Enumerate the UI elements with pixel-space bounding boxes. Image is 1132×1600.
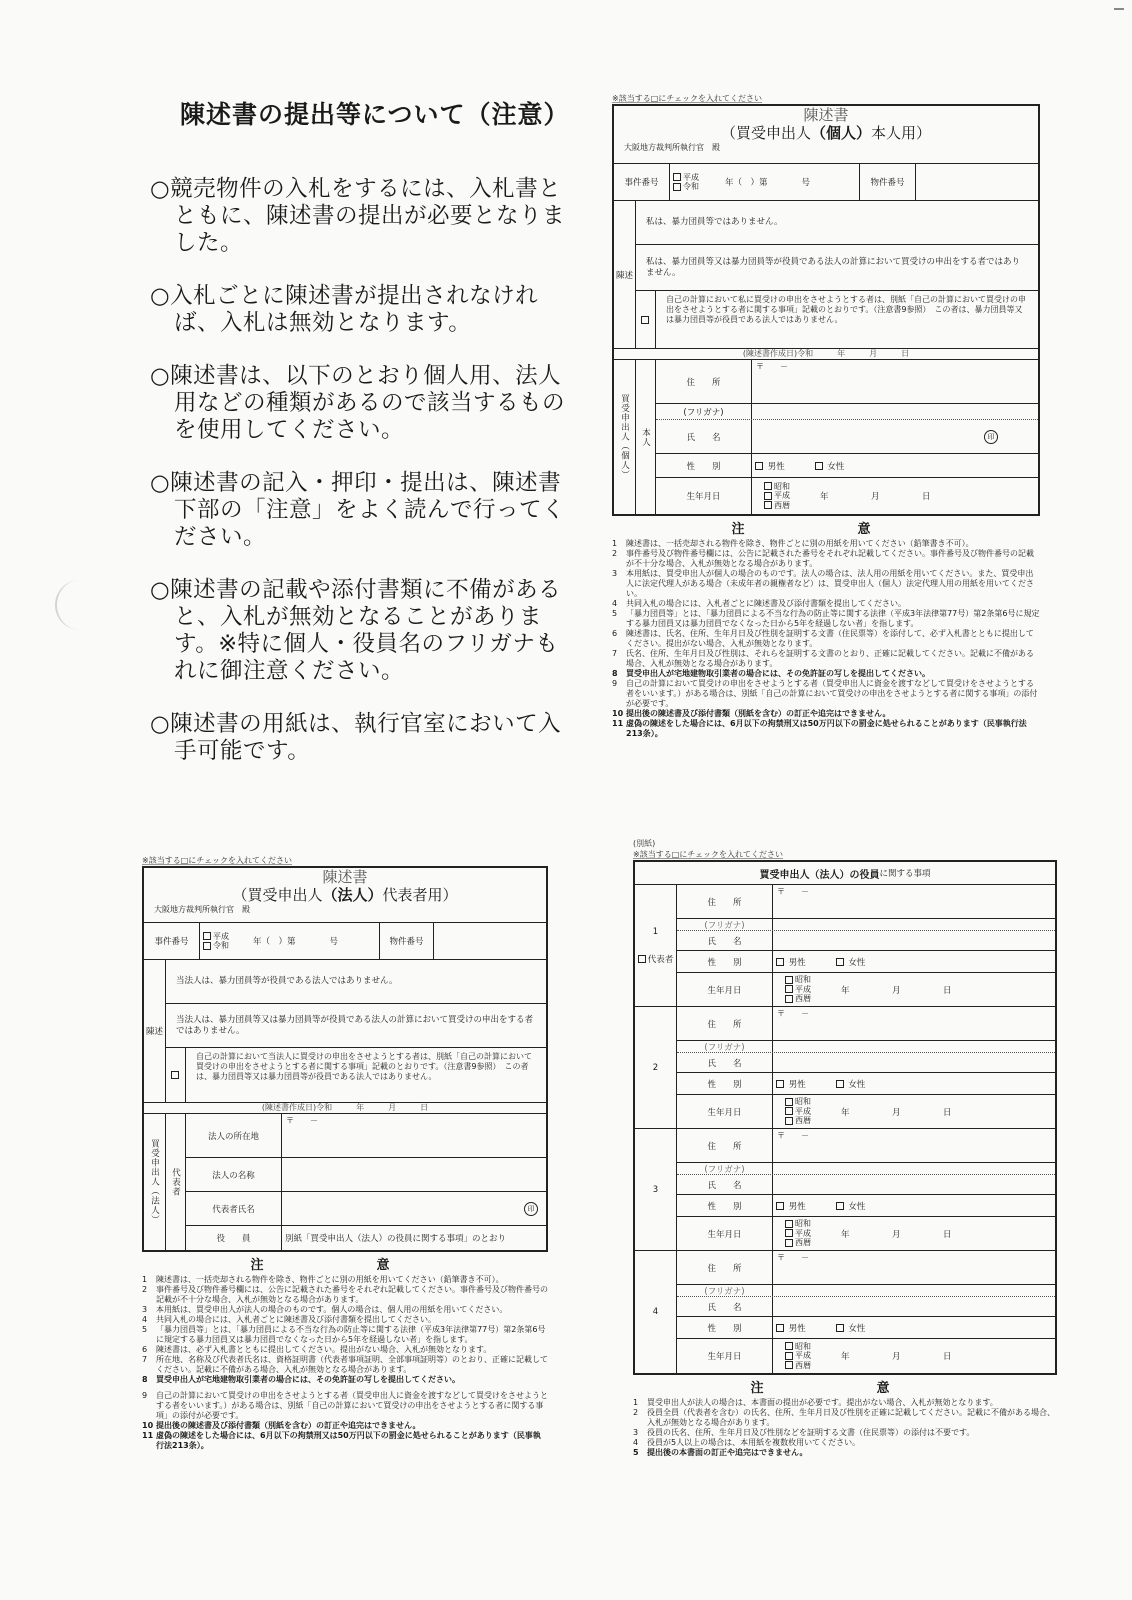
dob-era-options: 昭和平成西暦 (785, 1219, 811, 1248)
postal-mark: 〒 － (756, 361, 788, 372)
property-number-field[interactable] (434, 923, 546, 959)
checkbox[interactable] (776, 1080, 784, 1088)
caution-text: 氏名、住所、生年月日及び性別は、それらを証明する文書のとおり、正確に記載してくだ… (626, 649, 1040, 669)
notice-item: ○入札ごとに陳述書が提出されなければ、入札は無効となります。 (150, 283, 570, 337)
female-option[interactable]: 女性 (815, 460, 845, 472)
caution-text: 買受申出人が宅地建物取引業者の場合には、その免許証の写しを提出してください。 (156, 1375, 548, 1385)
corp-name-row: 法人の名称 (186, 1158, 546, 1192)
dob-label: 生年月日 (677, 1217, 773, 1250)
checkbox[interactable] (785, 1098, 793, 1106)
era-showa-option[interactable]: 昭和 (785, 1219, 811, 1229)
statement-text: 当法人は、暴力団員等又は暴力団員等が役員である法人の計算において買受けの申出をす… (166, 1004, 546, 1047)
checkbox[interactable] (673, 173, 681, 181)
gender-field: 男性 女性 (752, 454, 1038, 477)
caution-item: 5「暴力団員等」とは、「暴力団員による不当な行為の防止等に関する法律（平成3年法… (142, 1325, 548, 1345)
era-label: 平成 (795, 985, 811, 994)
address-field[interactable]: 〒 － (773, 1251, 1055, 1284)
case-format: 年（ ）第 号 (725, 176, 810, 188)
title-rest: に関する事項 (879, 867, 930, 879)
checkbox[interactable] (785, 1352, 793, 1360)
checkbox[interactable] (638, 955, 646, 963)
caution-text: 陳述書は、氏名、住所、生年月日及び性別を証明する文書（住民票等）を添付して、必ず… (626, 629, 1040, 649)
applicant-label-text: 買受申出人（個人） (619, 394, 631, 480)
statement-text: 自己の計算において当法人に買受けの申出をさせようとする者は、別紙「自己の計算にお… (186, 1048, 546, 1102)
officer-fields: 住 所〒 － (フリガナ) 氏 名 性 別 男性 女性 生年月日昭和平成西暦年 … (677, 1129, 1055, 1250)
caution-text: 本用紙は、買受申出人が個人の場合のものです。法人の場合は、法人用の用紙を用いてく… (626, 569, 1040, 599)
dob-label: 生年月日 (677, 1339, 773, 1373)
name-label: 氏 名 (677, 1175, 773, 1194)
address-label: 住 所 (677, 1129, 773, 1162)
caution-item: 5提出後の本書面の訂正や追完はできません。 (633, 1448, 1057, 1458)
officer-attachment-form: (別紙) ※該当する□にチェックを入れてください 買受申出人（法人）の役員に関す… (633, 838, 1057, 1458)
checkbox[interactable] (203, 932, 211, 940)
case-number-label: 事件番号 (144, 923, 200, 959)
address-field[interactable]: 〒 － (773, 1129, 1055, 1162)
caution-item: 3役員の氏名、住所、生年月日及び性別などを証明する文書（住民票等）の添付は不要で… (633, 1428, 1057, 1438)
caution-item: 6陳述書は、必ず入札書とともに提出してください。提出がない場合、入札が無効となり… (142, 1345, 548, 1355)
dob-era-options: 昭和平成西暦 (785, 975, 811, 1004)
caution-number: 3 (612, 569, 626, 599)
era-western-option[interactable]: 西暦 (785, 994, 811, 1004)
era-heisei-option[interactable]: 平成 (203, 932, 229, 942)
name-field[interactable] (773, 1053, 1055, 1072)
caution-number: 4 (633, 1438, 647, 1448)
caution-list: 1買受申出人が法人の場合は、本書面の提出が必要です。提出がない場合、入札が無効と… (633, 1398, 1057, 1458)
caution-number: 11 (142, 1431, 156, 1451)
male-label: 男性 (768, 462, 785, 472)
era-western-option[interactable]: 西暦 (785, 1361, 811, 1371)
caution-text: 「暴力団員等」とは、「暴力団員による不当な行為の防止等に関する法律（平成3年法律… (626, 609, 1040, 629)
caution-item: 6陳述書は、氏名、住所、生年月日及び性別を証明する文書（住民票等）を添付して、必… (612, 629, 1040, 649)
caution-number: 9 (142, 1391, 156, 1421)
case-format: 年（ ）第 号 (253, 935, 338, 947)
check-instruction: ※該当する□にチェックを入れてください (612, 93, 1040, 104)
creation-date-bar[interactable]: (陳述書作成日)令和 年 月 日 (614, 349, 1038, 360)
era-western-option[interactable]: 西暦 (785, 1238, 811, 1248)
address-label: 住 所 (677, 885, 773, 918)
era-heisei-option[interactable]: 平成 (785, 985, 811, 995)
checkbox[interactable] (764, 501, 772, 509)
checkbox[interactable] (764, 482, 772, 490)
gender-label: 性 別 (677, 1073, 773, 1094)
postal-mark: 〒 － (286, 1115, 318, 1126)
statement-rows: 当法人は、暴力団員等が役員である法人ではありません。 当法人は、暴力団員等又は暴… (166, 960, 546, 1102)
statement-section: 陳述 当法人は、暴力団員等が役員である法人ではありません。 当法人は、暴力団員等… (144, 960, 546, 1103)
gender-label: 性 別 (677, 951, 773, 972)
name-field[interactable] (773, 1297, 1055, 1316)
location-field[interactable]: 〒 － (282, 1114, 546, 1157)
checkbox[interactable] (785, 1342, 793, 1350)
checkbox[interactable] (785, 995, 793, 1003)
case-number-field[interactable]: 平成 令和 年（ ）第 号 (670, 164, 860, 200)
caution-item: 7氏名、住所、生年月日及び性別は、それらを証明する文書のとおり、正確に記載してく… (612, 649, 1040, 669)
statement-section: 陳述 私は、暴力団員等ではありません。 私は、暴力団員等又は暴力団員等が役員であ… (614, 201, 1038, 349)
caution-text: 虚偽の陳述をした場合には、6月以下の拘禁刑又は50万円以下の罰金に処せられること… (156, 1431, 548, 1451)
scan-mark (1114, 8, 1124, 10)
female-option[interactable]: 女性 (836, 1200, 866, 1212)
form-frame: 陳述書 （買受申出人（個人）本人用） 大阪地方裁判所執行官 殿 事件番号 平成 … (612, 104, 1040, 516)
caution-number: 8 (612, 669, 626, 679)
officer-number: 3 (653, 1185, 658, 1195)
statement-text: 自己の計算において私に買受けの申出をさせようとする者は、別紙「自己の計算において… (656, 291, 1038, 348)
court-addressee: 大阪地方裁判所執行官 殿 (144, 904, 546, 916)
checkbox[interactable] (776, 1324, 784, 1332)
dob-row: 生年月日 昭和 平成 西暦 年 月 日 (656, 478, 1038, 514)
location-row: 法人の所在地 〒 － (186, 1114, 546, 1158)
caution-text: 所在地、名称及び代表者氏名は、資格証明書（代表者事項証明、全部事項証明等）のとお… (156, 1355, 548, 1375)
era-label: 平成 (795, 1229, 811, 1238)
rep-check-option[interactable]: 代表者 (638, 955, 674, 965)
caution-text: 買受申出人が宅地建物取引業者の場合には、その免許証の写しを提出してください。 (626, 669, 1040, 679)
caution-item: 8買受申出人が宅地建物取引業者の場合には、その免許証の写しを提出してください。 (142, 1375, 548, 1385)
caution-number: 10 (612, 709, 626, 719)
statement-checkbox-cell[interactable] (166, 1048, 186, 1102)
court-addressee: 大阪地方裁判所執行官 殿 (614, 142, 1038, 154)
officer-block-3: 3 住 所〒 － (フリガナ) 氏 名 性 別 男性 女性 生年月日昭和平成西暦… (635, 1129, 1055, 1251)
era-heisei-option[interactable]: 平成 (785, 1229, 811, 1239)
checkbox[interactable] (836, 1080, 844, 1088)
era-label: 西暦 (795, 1116, 811, 1125)
name-label: 氏 名 (677, 1297, 773, 1316)
statement-text: 私は、暴力団員等ではありません。 (636, 201, 1038, 244)
dob-field[interactable]: 昭和平成西暦年 月 日 (773, 1095, 1055, 1128)
address-label: 住 所 (677, 1007, 773, 1040)
female-option[interactable]: 女性 (836, 956, 866, 968)
furigana-field[interactable] (773, 1163, 1055, 1174)
furigana-field[interactable] (773, 1041, 1055, 1052)
statement-text: 当法人は、暴力団員等が役員である法人ではありません。 (166, 960, 546, 1003)
subtitle-post: 本人用） (871, 124, 931, 142)
female-label: 女性 (848, 1324, 865, 1334)
property-number-field[interactable] (916, 164, 1038, 200)
era-showa-option[interactable]: 昭和 (785, 1097, 811, 1107)
checkbox[interactable] (171, 1071, 179, 1079)
era-label: 平成 (683, 173, 699, 182)
caution-text: 提出後の陳述書及び添付書類（別紙を含む）の訂正や追完はできません。 (626, 709, 1040, 719)
statement-row-optional: 自己の計算において私に買受けの申出をさせようとする者は、別紙「自己の計算において… (636, 291, 1038, 348)
checkbox[interactable] (785, 1239, 793, 1247)
notice-item: ○陳述書の記入・押印・提出は、陳述書下部の「注意」をよく読んで行ってください。 (150, 470, 570, 551)
caution-item: 7所在地、名称及び代表者氏名は、資格証明書（代表者事項証明、全部事項証明等）のと… (142, 1355, 548, 1375)
gender-label: 性 別 (677, 1195, 773, 1216)
subtitle-post: 代表者用） (383, 886, 458, 904)
era-label: 西暦 (795, 994, 811, 1003)
officer-number-cell: 3 (635, 1129, 677, 1250)
dob-field[interactable]: 昭和平成西暦年 月 日 (773, 1339, 1055, 1373)
caution-text: 共同入札の場合には、入札者ごとに陳述書及び添付書類を提出してください。 (156, 1315, 548, 1325)
furigana-label: (フリガナ) (677, 1041, 773, 1052)
officer-fields: 住 所〒 － (フリガナ) 氏 名 性 別 男性 女性 生年月日昭和平成西暦年 … (677, 1251, 1055, 1373)
applicant-fields: 住 所 〒 － (フリガナ) 氏 名 印 性 別 男性 女性 (656, 360, 1038, 514)
era-heisei-option[interactable]: 平成 (785, 1107, 811, 1117)
applicant-label: 買受申出人（個人） (614, 360, 636, 514)
case-number-field[interactable]: 平成 令和 年（ ）第 号 (200, 923, 380, 959)
caution-item: 10提出後の陳述書及び添付書類（別紙を含む）の訂正や追完はできません。 (612, 709, 1040, 719)
caution-number: 1 (612, 539, 626, 549)
caution-item: 2事件番号及び物件番号欄には、公告に記載された番号をそれぞれ記載してください。事… (142, 1285, 548, 1305)
caution-item: 3本用紙は、買受申出人が法人の場合のものです。個人の場合は、個人用の用紙を用いて… (142, 1305, 548, 1315)
applicant-fields: 法人の所在地 〒 － 法人の名称 代表者氏名 印 役 員 別紙「買受申出人（法人… (186, 1114, 546, 1250)
male-label: 男性 (789, 1080, 806, 1090)
address-label: 住 所 (656, 360, 752, 403)
form-frame: 買受申出人（法人）の役員に関する事項 1 代表者 住 所〒 － (フリガナ) 氏… (633, 860, 1057, 1375)
era-showa-option[interactable]: 昭和 (785, 975, 811, 985)
individual-statement-form: ※該当する□にチェックを入れてください 陳述書 （買受申出人（個人）本人用） 大… (612, 93, 1040, 739)
dob-era-options: 昭和平成西暦 (785, 1342, 811, 1371)
era-reiwa-option[interactable]: 令和 (673, 182, 699, 192)
caution-item: 1買受申出人が法人の場合は、本書面の提出が必要です。提出がない場合、入札が無効と… (633, 1398, 1057, 1408)
statement-rows: 私は、暴力団員等ではありません。 私は、暴力団員等又は暴力団員等が役員である法人… (636, 201, 1038, 348)
creation-date-bar[interactable]: (陳述書作成日)令和 年 月 日 (144, 1103, 546, 1114)
applicant-section: 買受申出人（法人） 代表者 法人の所在地 〒 － 法人の名称 代表者氏名 印 役… (144, 1114, 546, 1250)
subtitle-pre: （買受申出人 (721, 124, 811, 142)
checkbox[interactable] (785, 1229, 793, 1237)
caution-number: 8 (142, 1375, 156, 1385)
officer-number: 2 (653, 1063, 658, 1073)
checkbox[interactable] (776, 1202, 784, 1210)
era-western-option[interactable]: 西暦 (764, 501, 790, 511)
dob-field[interactable]: 昭和平成西暦年 月 日 (773, 1217, 1055, 1250)
furigana-field[interactable] (773, 919, 1055, 930)
form-subtitle: （買受申出人（個人）本人用） (614, 124, 1038, 142)
caution-number: 11 (612, 719, 626, 739)
case-number-row: 事件番号 平成 令和 年（ ）第 号 物件番号 (144, 923, 546, 960)
form-frame: 陳述書 （買受申出人（法人）代表者用） 大阪地方裁判所執行官 殿 事件番号 平成… (142, 866, 548, 1252)
property-number-label: 物件番号 (380, 923, 434, 959)
officer-row: 役 員 別紙「買受申出人（法人）の役員に関する事項」のとおり (186, 1226, 546, 1250)
address-field[interactable]: 〒 － (773, 885, 1055, 918)
male-option[interactable]: 男性 (776, 956, 806, 968)
postal-mark: 〒 － (777, 886, 809, 897)
check-instruction: ※該当する□にチェックを入れてください (142, 855, 548, 866)
female-option[interactable]: 女性 (836, 1322, 866, 1334)
notice-item: ○陳述書は、以下のとおり個人用、法人用などの種類があるので該当するものを使用して… (150, 363, 570, 444)
male-option[interactable]: 男性 (776, 1322, 806, 1334)
caution-title: 注 意 (142, 1254, 548, 1273)
era-heisei-option[interactable]: 平成 (785, 1351, 811, 1361)
era-label: 西暦 (795, 1238, 811, 1247)
caution-number: 1 (633, 1398, 647, 1408)
checkbox[interactable] (785, 976, 793, 984)
caution-number: 5 (633, 1448, 647, 1458)
rep-name-row: 代表者氏名 印 (186, 1192, 546, 1226)
era-label: 西暦 (795, 1361, 811, 1370)
checkbox[interactable] (836, 1202, 844, 1210)
male-label: 男性 (789, 1324, 806, 1334)
dob-format: 年 月 日 (841, 1350, 952, 1362)
caution-number: 2 (142, 1285, 156, 1305)
caution-item: 5「暴力団員等」とは、「暴力団員による不当な行為の防止等に関する法律（平成3年法… (612, 609, 1040, 629)
title-bold: 買受申出人（法人）の役員 (759, 866, 879, 881)
era-label: 令和 (213, 941, 229, 950)
caution-item: 2役員全員（代表者を含む）の氏名、住所、生年月日及び性別を正確に記載してください… (633, 1408, 1057, 1428)
checkbox[interactable] (785, 1117, 793, 1125)
location-label: 法人の所在地 (186, 1114, 282, 1157)
checkbox[interactable] (785, 985, 793, 993)
checkbox[interactable] (785, 1107, 793, 1115)
attachment-label: (別紙) (633, 838, 1057, 849)
corporate-statement-form: ※該当する□にチェックを入れてください 陳述書 （買受申出人（法人）代表者用） … (142, 855, 548, 1451)
name-field[interactable] (773, 1175, 1055, 1194)
statement-row-optional: 自己の計算において当法人に買受けの申出をさせようとする者は、別紙「自己の計算にお… (166, 1048, 546, 1102)
dob-field[interactable]: 昭和平成西暦年 月 日 (773, 973, 1055, 1006)
caution-title: 注 意 (633, 1377, 1057, 1396)
self-label: 本人 (636, 360, 656, 514)
dob-label: 生年月日 (677, 973, 773, 1006)
corp-name-field[interactable] (282, 1158, 546, 1191)
female-label: 女性 (827, 462, 844, 472)
era-label: 昭和 (795, 975, 811, 984)
name-field[interactable] (773, 931, 1055, 950)
address-row: 住 所 〒 － (656, 360, 1038, 404)
caution-item: 4共同入札の場合には、入札者ごとに陳述書及び添付書類を提出してください。 (142, 1315, 548, 1325)
era-label: 昭和 (795, 1219, 811, 1228)
era-label: 昭和 (795, 1342, 811, 1351)
female-label: 女性 (848, 1202, 865, 1212)
furigana-field[interactable] (752, 404, 1038, 419)
checkbox[interactable] (764, 492, 772, 500)
statement-row: 私は、暴力団員等ではありません。 (636, 201, 1038, 245)
address-field[interactable]: 〒 － (773, 1007, 1055, 1040)
checkbox[interactable] (836, 1324, 844, 1332)
caution-text: 陳述書は、一括売却される物件を除き、物件ごとに別の用紙を用いてください（鉛筆書き… (156, 1275, 548, 1285)
form-title: 陳述書 (144, 868, 546, 886)
caution-text: 役員全員（代表者を含む）の氏名、住所、生年月日及び性別を正確に記載してください。… (647, 1408, 1057, 1428)
era-options: 平成 令和 (673, 173, 699, 192)
era-showa-option[interactable]: 昭和 (764, 482, 790, 492)
form-subtitle: （買受申出人（法人）代表者用） (144, 886, 546, 904)
caution-list: 1陳述書は、一括売却される物件を除き、物件ごとに別の用紙を用いてください（鉛筆書… (142, 1275, 548, 1451)
dob-label: 生年月日 (677, 1095, 773, 1128)
furigana-label: (フリガナ) (677, 1163, 773, 1174)
caution-number: 2 (633, 1408, 647, 1428)
subtitle-bold: （法人） (322, 886, 382, 904)
era-label: 令和 (683, 182, 699, 191)
caution-text: 買受申出人が法人の場合は、本書面の提出が必要です。提出がない場合、入札が無効とな… (647, 1398, 1057, 1408)
gender-field: 男性 女性 (773, 1195, 1055, 1216)
male-option[interactable]: 男性 (776, 1200, 806, 1212)
era-options: 平成 令和 (203, 932, 229, 951)
caution-item: 1陳述書は、一括売却される物件を除き、物件ごとに別の用紙を用いてください（鉛筆書… (612, 539, 1040, 549)
checkbox[interactable] (203, 942, 211, 950)
caution-number: 7 (142, 1355, 156, 1375)
caution-title: 注 意 (612, 518, 1040, 537)
male-option[interactable]: 男性 (755, 460, 785, 472)
female-option[interactable]: 女性 (836, 1078, 866, 1090)
name-label: 氏 名 (677, 1053, 773, 1072)
officer-block-2: 2 住 所〒 － (フリガナ) 氏 名 性 別 男性 女性 生年月日昭和平成西暦… (635, 1007, 1055, 1129)
checkbox[interactable] (785, 1220, 793, 1228)
era-heisei-option[interactable]: 平成 (764, 491, 790, 501)
era-label: 平成 (795, 1351, 811, 1360)
address-field[interactable]: 〒 － (752, 360, 1038, 403)
caution-text: 陳述書は、必ず入札書とともに提出してください。提出がない場合、入札が無効となりま… (156, 1345, 548, 1355)
checkbox[interactable] (785, 1361, 793, 1369)
checkbox[interactable] (755, 462, 763, 470)
officer-block-4: 4 住 所〒 － (フリガナ) 氏 名 性 別 男性 女性 生年月日昭和平成西暦… (635, 1251, 1055, 1373)
era-western-option[interactable]: 西暦 (785, 1116, 811, 1126)
applicant-section: 買受申出人（個人） 本人 住 所 〒 － (フリガナ) 氏 名 印 性 別 (614, 360, 1038, 514)
checkbox[interactable] (641, 316, 649, 324)
caution-item: 9自己の計算において買受けの申出をさせようとする者（買受申出人に資金を渡すなどし… (142, 1391, 548, 1421)
statement-label: 陳述 (614, 201, 636, 348)
subtitle-bold: （個人） (811, 124, 871, 142)
applicant-label-text: 買受申出人（法人） (149, 1139, 161, 1225)
male-option[interactable]: 男性 (776, 1078, 806, 1090)
dob-field[interactable]: 昭和 平成 西暦 年 月 日 (752, 478, 1038, 514)
checkbox[interactable] (836, 958, 844, 966)
case-number-row: 事件番号 平成 令和 年（ ）第 号 物件番号 (614, 164, 1038, 201)
rep-name-field[interactable]: 印 (282, 1192, 546, 1225)
applicant-label: 買受申出人（法人） (144, 1114, 166, 1250)
era-label: 平成 (774, 491, 790, 500)
officer-label: 役 員 (186, 1226, 282, 1250)
caution-text: 事件番号及び物件番号欄には、公告に記載された番号をそれぞれ記載してください。事件… (156, 1285, 548, 1305)
statement-row: 私は、暴力団員等又は暴力団員等が役員である法人の計算において買受けの申出をする者… (636, 245, 1038, 291)
male-label: 男性 (789, 958, 806, 968)
dob-label: 生年月日 (656, 478, 752, 514)
era-label: 西暦 (774, 501, 790, 510)
era-label: 昭和 (774, 482, 790, 491)
gender-label: 性 別 (677, 1317, 773, 1338)
form-header: 買受申出人（法人）の役員に関する事項 (635, 862, 1055, 885)
checkbox[interactable] (815, 462, 823, 470)
officer-value: 別紙「買受申出人（法人）の役員に関する事項」のとおり (282, 1226, 546, 1250)
female-label: 女性 (848, 958, 865, 968)
caution-item: 1陳述書は、一括売却される物件を除き、物件ごとに別の用紙を用いてください（鉛筆書… (142, 1275, 548, 1285)
form-title: 陳述書 (614, 106, 1038, 124)
caution-item: 4共同入札の場合には、入札者ごとに陳述書及び添付書類を提出してください。 (612, 599, 1040, 609)
self-label-text: 本人 (640, 428, 652, 447)
caution-text: 本用紙は、買受申出人が法人の場合のものです。個人の場合は、個人用の用紙を用いてく… (156, 1305, 548, 1315)
era-heisei-option[interactable]: 平成 (673, 173, 699, 183)
name-field[interactable]: 印 (752, 420, 1038, 453)
officer-number-cell: 2 (635, 1007, 677, 1128)
postal-mark: 〒 － (777, 1252, 809, 1263)
rep-label: 代表者 (166, 1114, 186, 1250)
gender-label: 性 別 (656, 454, 752, 477)
punch-hole-shadow (55, 580, 105, 630)
caution-number: 7 (612, 649, 626, 669)
name-row: 氏 名 印 (656, 420, 1038, 454)
era-reiwa-option[interactable]: 令和 (203, 941, 229, 951)
rep-label-text: 代表者 (170, 1168, 182, 1197)
caution-text: 陳述書は、一括売却される物件を除き、物件ごとに別の用紙を用いてください（鉛筆書き… (626, 539, 1040, 549)
statement-row: 当法人は、暴力団員等又は暴力団員等が役員である法人の計算において買受けの申出をす… (166, 1004, 546, 1048)
dob-format: 年 月 日 (820, 490, 931, 502)
era-showa-option[interactable]: 昭和 (785, 1342, 811, 1352)
seal-icon: 印 (524, 1202, 538, 1216)
gender-field: 男性 女性 (773, 1317, 1055, 1338)
caution-text: 役員の氏名、住所、生年月日及び性別などを証明する文書（住民票等）の添付は不要です… (647, 1428, 1057, 1438)
checkbox[interactable] (673, 183, 681, 191)
notice-item: ○陳述書の用紙は、執行官室において入手可能です。 (150, 711, 570, 765)
rep-name-label: 代表者氏名 (186, 1192, 282, 1225)
female-label: 女性 (848, 1080, 865, 1090)
notice-title: 陳述書の提出等について（注意） (180, 95, 570, 131)
caution-number: 5 (142, 1325, 156, 1345)
dob-era-options: 昭和平成西暦 (785, 1097, 811, 1126)
caution-number: 4 (142, 1315, 156, 1325)
name-label: 氏 名 (677, 931, 773, 950)
era-label: 平成 (213, 932, 229, 941)
furigana-field[interactable] (773, 1285, 1055, 1296)
checkbox[interactable] (776, 958, 784, 966)
caution-text: 共同入札の場合には、入札者ごとに陳述書及び添付書類を提出してください。 (626, 599, 1040, 609)
statement-checkbox-cell[interactable] (636, 291, 656, 348)
caution-item: 4役員が5人以上の場合は、本用紙を複数枚用いてください。 (633, 1438, 1057, 1448)
statement-text: 私は、暴力団員等又は暴力団員等が役員である法人の計算において買受けの申出をする者… (636, 245, 1038, 290)
